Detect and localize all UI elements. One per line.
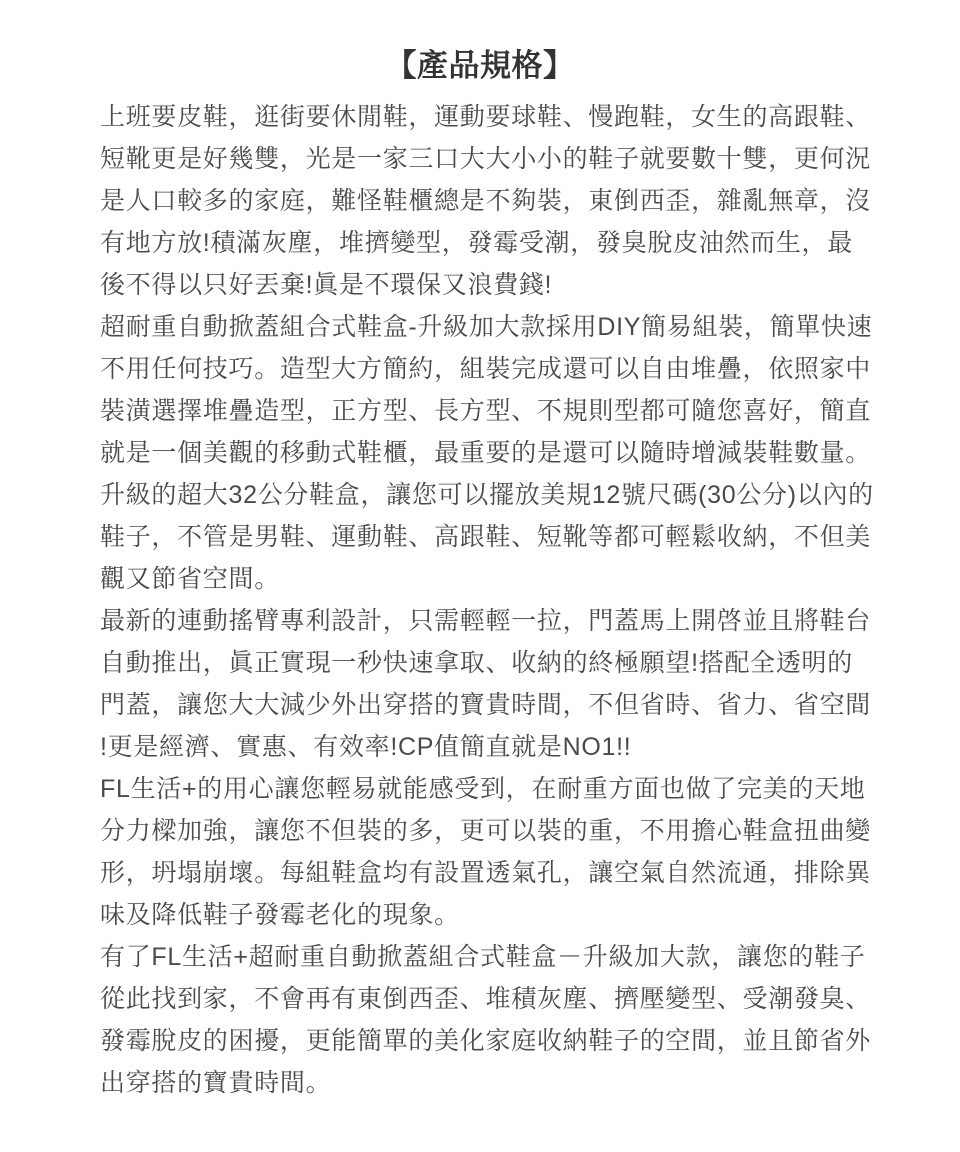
- section-title: 【產品規格】: [0, 42, 960, 90]
- paragraph-swing-arm-design: 最新的連動搖臂專利設計，只需輕輕一拉，門蓋馬上開啓並且將鞋台 自動推出，眞正實現…: [100, 600, 878, 768]
- product-spec-page: 【產品規格】 上班要皮鞋，逛街要休閒鞋，運動要球鞋、慢跑鞋，女生的高跟鞋、 短靴…: [0, 0, 960, 1152]
- paragraph-diy-assembly: 超耐重自動掀蓋組合式鞋盒-升級加大款採用DIY簡易組裝，簡單快速 不用任何技巧。…: [100, 306, 878, 600]
- paragraph-storage-problem: 上班要皮鞋，逛街要休閒鞋，運動要球鞋、慢跑鞋，女生的高跟鞋、 短靴更是好幾雙，光…: [100, 96, 878, 306]
- description-content: 上班要皮鞋，逛街要休閒鞋，運動要球鞋、慢跑鞋，女生的高跟鞋、 短靴更是好幾雙，光…: [100, 96, 878, 1104]
- paragraph-load-bearing: FL生活+的用心讓您輕易就能感受到，在耐重方面也做了完美的天地 分力樑加強，讓您…: [100, 768, 878, 936]
- paragraph-summary: 有了FL生活+超耐重自動掀蓋組合式鞋盒－升級加大款，讓您的鞋子 從此找到家，不會…: [100, 936, 878, 1104]
